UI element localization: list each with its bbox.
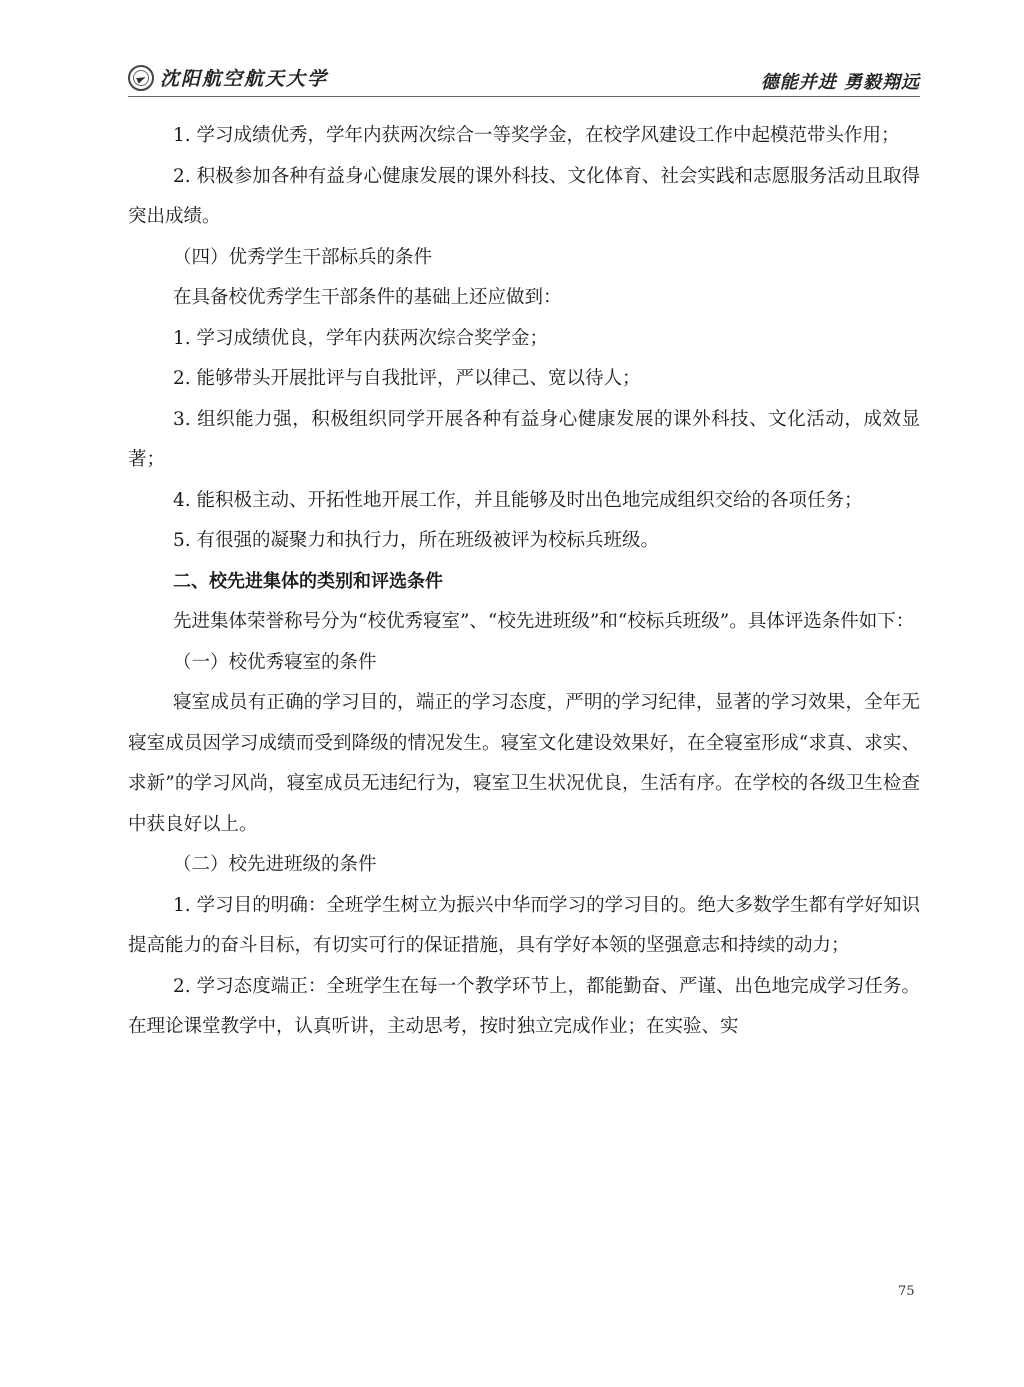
section-heading: 二、校先进集体的类别和评选条件 xyxy=(128,562,920,603)
list-item: 1. 学习成绩优良，学年内获两次综合奖学金； xyxy=(128,319,920,360)
subheading: （四）优秀学生干部标兵的条件 xyxy=(128,238,920,279)
body-paragraph: 先进集体荣誉称号分为“校优秀寝室”、“校先进班级”和“校标兵班级”。具体评选条件… xyxy=(128,602,920,643)
subheading: （二）校先进班级的条件 xyxy=(128,845,920,886)
page-number: 75 xyxy=(898,1284,915,1299)
list-item: 2. 积极参加各种有益身心健康发展的课外科技、文化体育、社会实践和志愿服务活动且… xyxy=(128,157,920,238)
list-item: 4. 能积极主动、开拓性地开展工作，并且能够及时出色地完成组织交给的各项任务； xyxy=(128,481,920,522)
list-item: 1. 学习目的明确：全班学生树立为振兴中华而学习的学习目的。绝大多数学生都有学好… xyxy=(128,886,920,967)
page-header: 沈阳航空航天大学 德能并进 勇毅翔远 xyxy=(128,62,920,98)
body-paragraph: 在具备校优秀学生干部条件的基础上还应做到： xyxy=(128,278,920,319)
school-motto: 德能并进 勇毅翔远 xyxy=(761,68,920,94)
subheading: （一）校优秀寝室的条件 xyxy=(128,643,920,684)
university-emblem-icon xyxy=(128,65,154,91)
body-paragraph: 寝室成员有正确的学习目的，端正的学习态度，严明的学习纪律，显著的学习效果，全年无… xyxy=(128,683,920,845)
list-item: 1. 学习成绩优秀，学年内获两次综合一等奖学金，在校学风建设工作中起模范带头作用… xyxy=(128,116,920,157)
list-item: 5. 有很强的凝聚力和执行力，所在班级被评为校标兵班级。 xyxy=(128,521,920,562)
list-item: 2. 学习态度端正：全班学生在每一个教学环节上，都能勤奋、严谨、出色地完成学习任… xyxy=(128,967,920,1048)
school-name: 沈阳航空航天大学 xyxy=(160,64,328,91)
header-left: 沈阳航空航天大学 xyxy=(128,64,328,91)
header-divider xyxy=(128,96,920,97)
document-body: 1. 学习成绩优秀，学年内获两次综合一等奖学金，在校学风建设工作中起模范带头作用… xyxy=(128,116,920,1048)
list-item: 3. 组织能力强，积极组织同学开展各种有益身心健康发展的课外科技、文化活动，成效… xyxy=(128,400,920,481)
list-item: 2. 能够带头开展批评与自我批评，严以律己、宽以待人； xyxy=(128,359,920,400)
